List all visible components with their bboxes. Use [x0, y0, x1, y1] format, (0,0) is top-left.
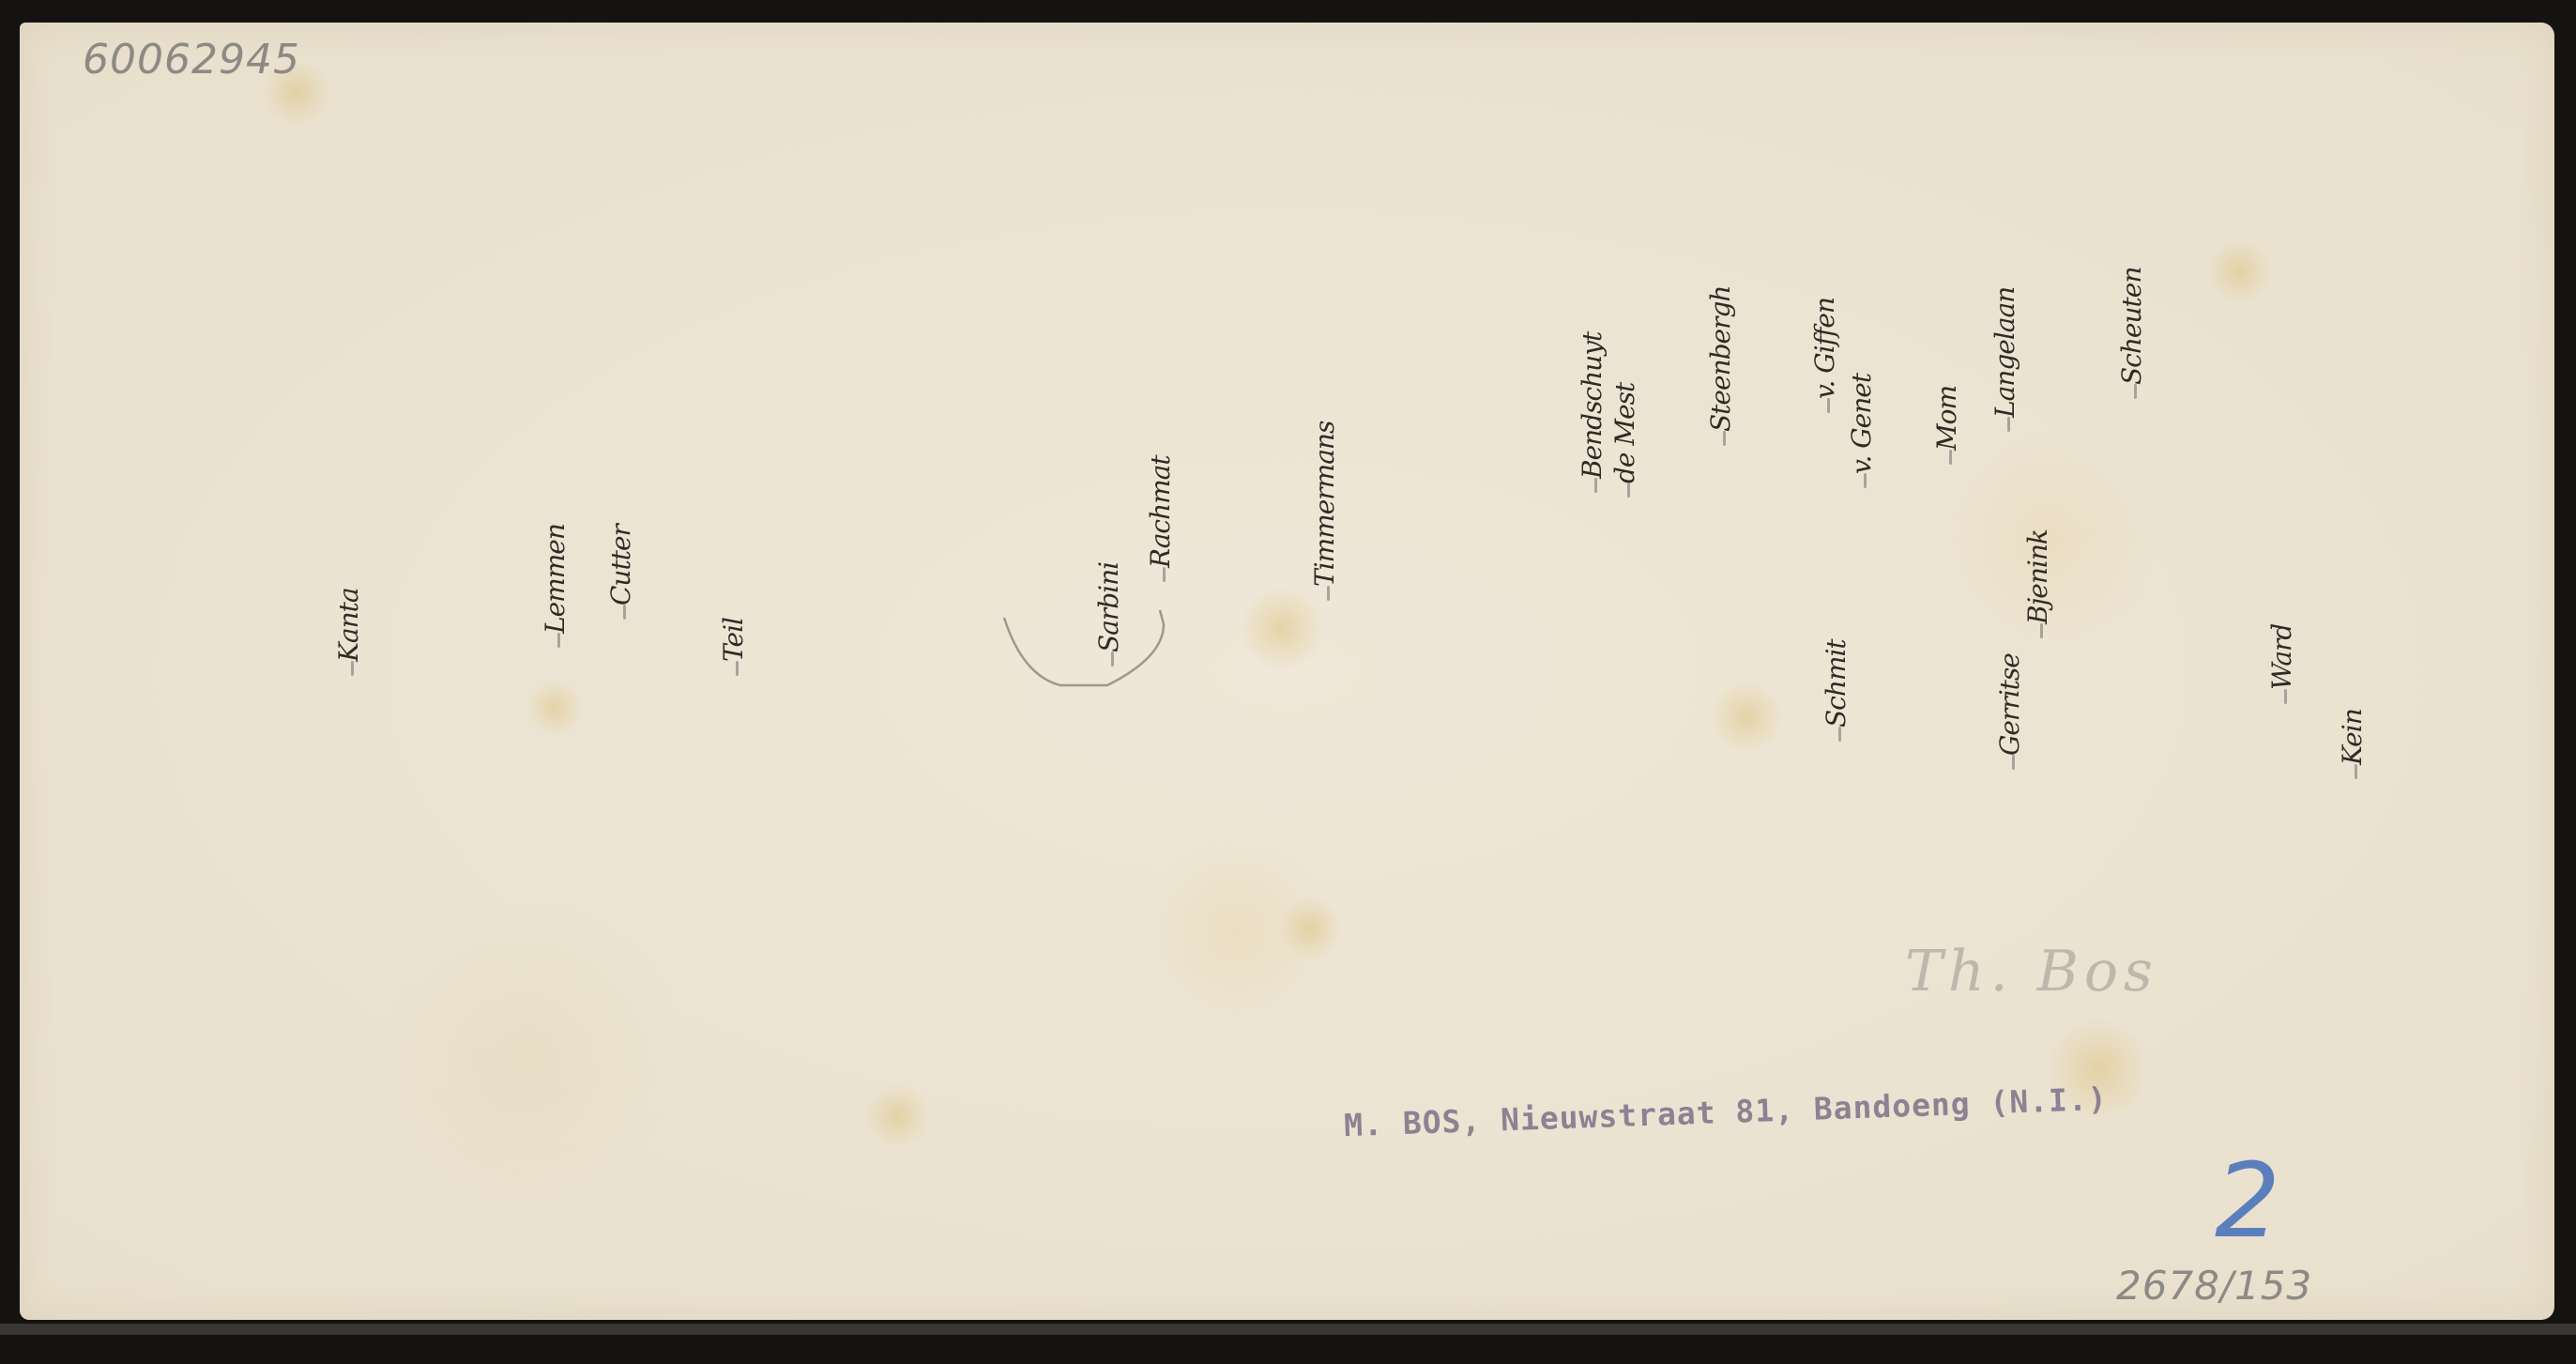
foxing-stain	[1709, 680, 1784, 755]
handwritten-name: Kein	[2337, 709, 2368, 765]
handwritten-name: Bendschuyt	[1577, 332, 1608, 479]
scanner-edge-strip	[0, 1324, 2576, 1335]
pencil-tick-mark	[1163, 567, 1166, 582]
pencil-tick-mark	[1949, 450, 1952, 465]
sheet-number: 2	[2215, 1141, 2280, 1261]
handwritten-name: Ward	[2266, 624, 2297, 690]
pencil-tick-mark	[1594, 478, 1597, 493]
foxing-stain	[526, 680, 583, 736]
photo-card-back	[20, 23, 2554, 1320]
handwritten-name: Langelaan	[1989, 287, 2020, 418]
pencil-tick-mark	[1864, 473, 1867, 488]
handwritten-name: Teil	[718, 618, 749, 662]
handwritten-name: Timmermans	[1309, 421, 1340, 587]
pencil-tick-mark	[1327, 586, 1330, 601]
handwritten-name: Cutter	[605, 525, 636, 605]
handwritten-name: Mom	[1931, 386, 1962, 451]
pencil-tick-mark	[1723, 431, 1726, 446]
handwritten-name: de Mest	[1609, 383, 1640, 483]
pencil-tick-mark	[2012, 755, 2015, 770]
pencil-tick-mark	[1827, 398, 1830, 413]
handwritten-name: Lemmen	[540, 524, 571, 634]
pencil-tick-mark	[1838, 727, 1841, 742]
pencil-connector-line	[995, 601, 1182, 704]
inventory-number: 60062945	[83, 36, 300, 84]
handwritten-name: Rachmat	[1145, 455, 1176, 568]
pencil-tick-mark	[2355, 764, 2357, 779]
photographer-signature: Th. Bos	[1905, 939, 2158, 1004]
handwritten-name: Kanta	[333, 588, 364, 662]
pencil-tick-mark	[2134, 384, 2137, 399]
pencil-tick-mark	[2040, 623, 2043, 638]
pencil-tick-mark	[2007, 417, 2010, 432]
pencil-tick-mark	[1627, 483, 1630, 498]
pencil-tick-mark	[557, 633, 560, 648]
catalog-number: 2678/153	[2116, 1263, 2312, 1309]
handwritten-name: Bjenink	[2022, 529, 2053, 624]
pencil-tick-mark	[623, 605, 626, 620]
pencil-tick-mark	[2284, 689, 2287, 704]
foxing-stain	[864, 1083, 930, 1149]
handwritten-name: v. Giffen	[1809, 298, 1840, 399]
pencil-tick-mark	[351, 661, 354, 676]
handwritten-name: Gerritse	[1994, 653, 2025, 756]
foxing-stain	[1277, 896, 1343, 961]
foxing-stain	[1240, 586, 1324, 670]
pencil-tick-mark	[736, 661, 739, 676]
foxing-stain	[2206, 238, 2272, 304]
handwritten-name: v. Genet	[1846, 374, 1877, 474]
handwritten-name: Schmit	[1821, 639, 1852, 728]
handwritten-name: Steenbergh	[1705, 286, 1736, 432]
handwritten-name: Scheuten	[2116, 268, 2147, 385]
